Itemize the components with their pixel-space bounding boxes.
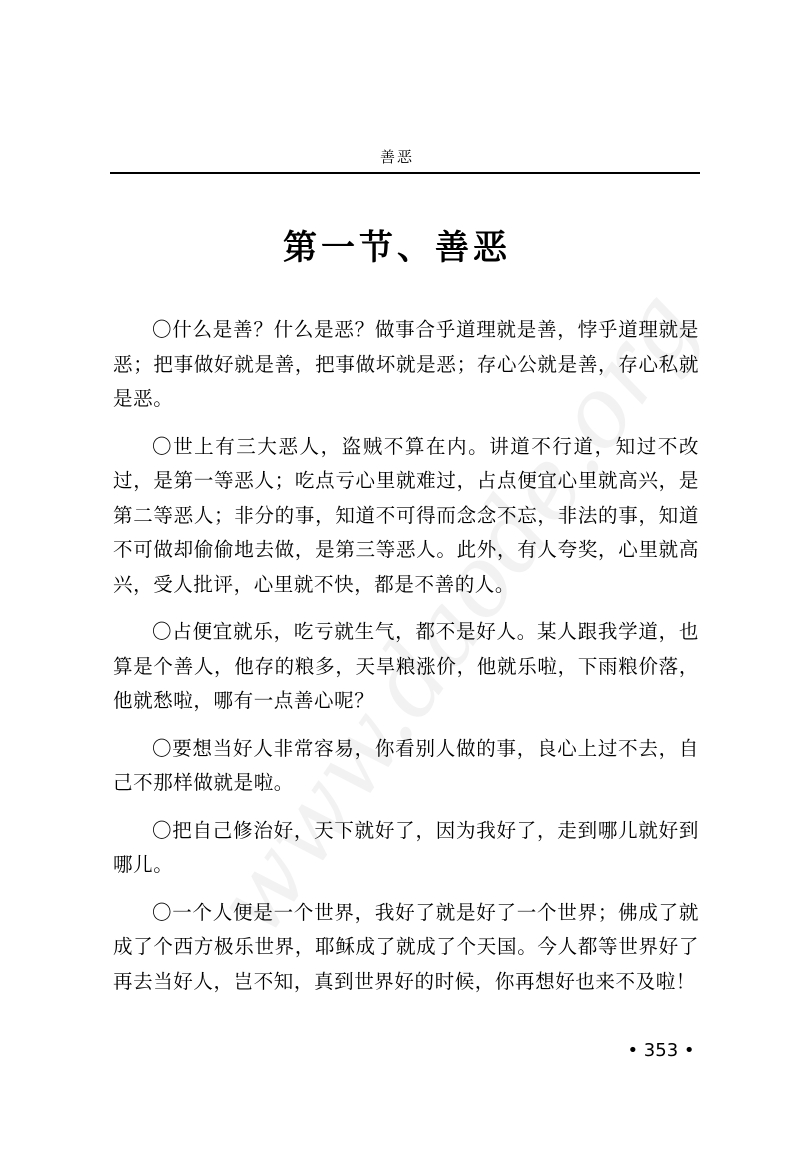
- header-rule: [110, 172, 700, 174]
- paragraph: 〇占便宜就乐，吃亏就生气，都不是好人。某人跟我学道，也算是个善人，他存的粮多，天…: [113, 615, 699, 719]
- body-text: 〇什么是善？什么是恶？做事合乎道理就是善，悖乎道理就是恶；把事做好就是善，把事做…: [113, 313, 699, 1012]
- paragraph: 〇什么是善？什么是恶？做事合乎道理就是善，悖乎道理就是恶；把事做好就是善，把事做…: [113, 313, 699, 417]
- running-header: 善恶: [0, 146, 794, 167]
- paragraph: 〇一个人便是一个世界，我好了就是好了一个世界；佛成了就成了个西方极乐世界，耶稣成…: [113, 896, 699, 1000]
- paragraph: 〇要想当好人非常容易，你看别人做的事，良心上过不去，自己不那样做就是啦。: [113, 732, 699, 801]
- chapter-title: 第一节、善恶: [0, 220, 794, 269]
- paragraph: 〇把自己修治好，天下就好了，因为我好了，走到哪儿就好到哪儿。: [113, 814, 699, 883]
- paragraph: 〇世上有三大恶人，盗贼不算在内。讲道不行道，知过不改过，是第一等恶人；吃点亏心里…: [113, 430, 699, 603]
- page-number: • 353 •: [616, 1040, 706, 1061]
